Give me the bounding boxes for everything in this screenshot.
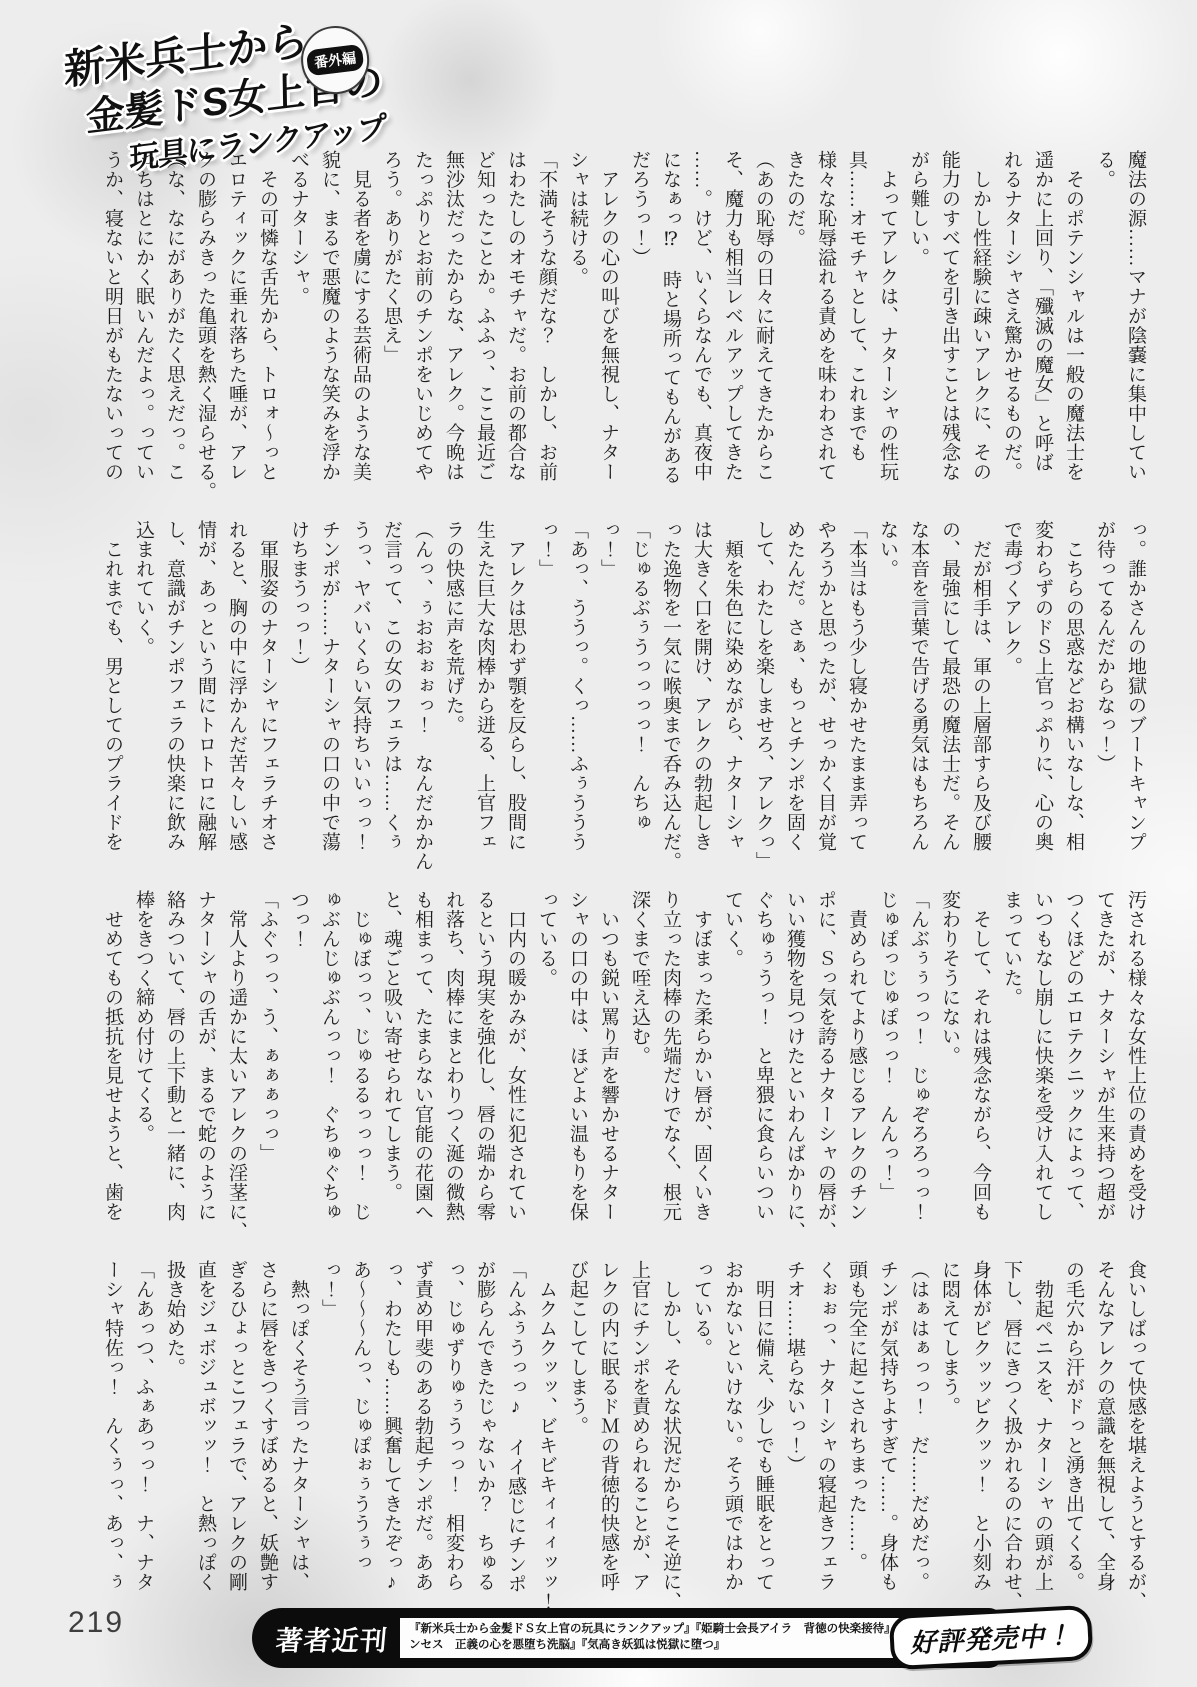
text-column: いい獲物を見つけたといわんばかりに、 <box>779 890 810 1223</box>
text-band-4: 食いしばって快感を堪えようとするが、そんなアレクの意識を無視して、全身の毛穴から… <box>97 1260 1151 1593</box>
text-column: 明日に備え、少しでも睡眠をとって <box>748 1260 779 1593</box>
text-column: すぼまった柔らかい唇が、固くいき <box>686 890 717 1223</box>
text-column: いつも鋭い罵り声を響かせるナター <box>593 890 624 1223</box>
text-column: さらに唇をきつくすぼめると、妖艶す <box>252 1260 283 1593</box>
text-column: しかし、そんな状況だからこそ逆に、 <box>655 1260 686 1593</box>
text-column: おかないといけない。そう頭ではわか <box>717 1260 748 1593</box>
text-column: シャは続ける。 <box>562 150 593 483</box>
text-column: はわたしのオモチャだ。お前の都合な <box>500 150 531 483</box>
text-column: 棒をきつく締め付けてくる。 <box>128 890 159 1223</box>
text-column: つっ！ <box>283 890 314 1223</box>
text-column: が待ってるんだからなっ！） <box>1089 520 1120 853</box>
text-column: 勃起ペニスを、ナターシャの頭が上 <box>1027 1260 1058 1593</box>
text-column: チンポが気持ちよすぎて……。身体も <box>872 1260 903 1593</box>
text-column: ていく。 <box>717 890 748 1223</box>
text-column: び起こしてしまう。 <box>562 1260 593 1593</box>
text-column: アレクは思わず顎を反らし、股間に <box>500 520 531 853</box>
text-column: たっぷりとお前のチンポをいじめてや <box>407 150 438 483</box>
text-column: っ！」 <box>593 520 624 853</box>
text-column: まっていた。 <box>996 890 1027 1223</box>
text-column: いつもなし崩しに快楽を受け入れてし <box>1027 890 1058 1223</box>
text-column: 変わりそうにない。 <box>934 890 965 1223</box>
text-column: そ、魔力も相当レベルアップしてきた <box>717 150 748 483</box>
text-column: チオ……堪らないっ！） <box>779 1260 810 1593</box>
text-column: ナターシャの舌が、まるで蛇のように <box>190 890 221 1223</box>
text-column: 身体がビクッッビクッッ！ と小刻み <box>965 1260 996 1593</box>
text-column: アレクの心の叫びを無視し、ナター <box>593 150 624 483</box>
text-column: 変わらずのドＳ上官っぷりに、心の奥 <box>1027 520 1058 853</box>
text-column: っ！」 <box>531 520 562 853</box>
text-column: り立った肉棒の先端だけでなく、根元 <box>655 890 686 1223</box>
text-column: そのポテンシャルは一般の魔法士を <box>1058 150 1089 483</box>
text-column: れると、胸の中に浮かんだ苦々しい感 <box>221 520 252 853</box>
text-column: そんなアレクの意識を無視して、全身 <box>1089 1260 1120 1593</box>
text-column: けちまうっっ！） <box>283 520 314 853</box>
text-column: 軍服姿のナターシャにフェラチオさ <box>252 520 283 853</box>
text-column: 直をジュボジュボッッ！ と熱っぽく <box>190 1260 221 1593</box>
text-column: 「んふぅうっっ♪ イイ感じにチンポ <box>500 1260 531 1593</box>
text-column: 下し、唇にきつく扱かれるのに合わせ、 <box>996 1260 1027 1593</box>
text-band-3: 汚される様々な女性上位の責めを受けてきたが、ナターシャが生来持つ超がつくほどのエ… <box>97 890 1151 1223</box>
text-column: し、意識がチンポフェラの快楽に飲み <box>159 520 190 853</box>
text-column: で毒づくアレク。 <box>996 520 1027 853</box>
text-column: 口内の暖かみが、女性に犯されてい <box>500 890 531 1223</box>
text-column: ぎるひょっとこフェラで、アレクの剛 <box>221 1260 252 1593</box>
text-column: 上官にチンポを責められることが、ア <box>624 1260 655 1593</box>
text-column: が膨らんできたじゃないか？ ちゅる <box>469 1260 500 1593</box>
text-column: やろうかと思ったが、せっかく目が覚 <box>810 520 841 853</box>
text-column: うっ、ヤバいくらい気持ちいいっっ！ <box>345 520 376 853</box>
text-column: っている。 <box>531 890 562 1223</box>
text-column: せめてもの抵抗を見せようと、歯を <box>97 890 128 1223</box>
text-column: めたんだ。さぁ、もっとチンポを固く <box>779 520 810 853</box>
text-column: 責められてより感じるアレクのチン <box>841 890 872 1223</box>
text-column: ぐちゅぅうっ！ と卑猥に食らいつい <box>748 890 779 1223</box>
text-column: そして、それは残念ながら、今回も <box>965 890 996 1223</box>
text-column: 情が、あっという間にトロトロに融解 <box>190 520 221 853</box>
text-column: な本音を言葉で告げる勇気はもちろん <box>903 520 934 853</box>
text-column: ポに、Ｓっ気を誇るナターシャの唇が、 <box>810 890 841 1223</box>
text-column: 無沙汰だったからな、アレク。今晩は <box>438 150 469 483</box>
text-column: に悶えてしまう。 <box>934 1260 965 1593</box>
text-column: るという現実を強化し、唇の端から零 <box>469 890 500 1223</box>
text-column: 様々な恥辱溢れる責めを味わわされて <box>810 150 841 483</box>
text-column: 扱き始めた。 <box>159 1260 190 1593</box>
text-column: る。 <box>1089 150 1120 483</box>
text-column: 食いしばって快感を堪えようとするが、 <box>1120 1260 1151 1593</box>
text-column: レクの内に眠るドＭの背徳的快感を呼 <box>593 1260 624 1593</box>
text-column: 見る者を虜にする芸術品のような美 <box>345 150 376 483</box>
text-column: きたのだ。 <box>779 150 810 483</box>
text-column: ……。けど、いくらなんでも、真夜中 <box>686 150 717 483</box>
text-column: 「ふぐっっ、う、ぁぁぁっっ」 <box>252 890 283 1223</box>
text-column: だが相手は、軍の上層部すら及び腰 <box>965 520 996 853</box>
text-column: その可憐な舌先から、トロォ～っと <box>252 150 283 483</box>
text-column: 具……オモチャとして、これまでも <box>841 150 872 483</box>
text-column: して、わたしを楽しませろ、アレクっ」 <box>748 520 779 853</box>
text-column: てきたが、ナターシャが生来持つ超が <box>1089 890 1120 1223</box>
text-column: れるナターシャさえ驚かせるものだ。 <box>996 150 1027 483</box>
text-column: の、最強にして最恐の魔法士だ。そん <box>934 520 965 853</box>
extra-chapter-badge-label: 番外編 <box>306 44 365 77</box>
text-column: じゅぼっっ、じゅるるっっっ！ じ <box>345 890 376 1223</box>
text-column: れ落ち、肉棒にまとわりつく涎の微熱 <box>438 890 469 1223</box>
text-column: っ。誰かさんの地獄のブートキャンプ <box>1120 520 1151 853</box>
text-column: しかし性経験に疎いアレクに、その <box>965 150 996 483</box>
text-column: くぉぉっ、ナターシャの寝起きフェラ <box>810 1260 841 1593</box>
text-column: エロティックに垂れ落ちた唾が、アレ <box>221 150 252 483</box>
text-column: これまでも、男としてのプライドを <box>97 520 128 853</box>
text-column: 貌に、まるで悪魔のような笑みを浮か <box>314 150 345 483</box>
text-column: 絡みついて、唇の上下動と一緒に、肉 <box>159 890 190 1223</box>
text-column: ろう。ありがたく思え」 <box>376 150 407 483</box>
text-column: 「んあっつ、ふぁあっっ！ ナ、ナタ <box>128 1260 159 1593</box>
text-column: ムクムクッッ、ビキビキィィィッッ！ <box>531 1260 562 1593</box>
text-column: こちらの思惑などお構いなしな、相 <box>1058 520 1089 853</box>
text-column: べるナターシャ。 <box>283 150 314 483</box>
text-column: チンポが……ナターシャの口の中で蕩 <box>314 520 345 853</box>
text-column: っている。 <box>686 1260 717 1593</box>
text-column: 「本当はもう少し寝かせたまま弄って <box>841 520 872 853</box>
on-sale-now-badge: 好評発売中！ <box>889 1605 1094 1670</box>
text-column: った逸物を一気に喉奥まで呑み込んだ。 <box>655 520 686 853</box>
text-column: （あの恥辱の日々に耐えてきたからこ <box>748 150 779 483</box>
text-column: 深くまで咥え込む。 <box>624 890 655 1223</box>
text-column: ラの快感に声を荒げた。 <box>438 520 469 853</box>
text-column: だろうっ！） <box>624 150 655 483</box>
text-column: 「じゅるぶぅうっっっっ！ んちゅ <box>624 520 655 853</box>
text-column: 「不満そうな顔だな？ しかし、お前 <box>531 150 562 483</box>
text-column: 能力のすべてを引き出すことは残念な <box>934 150 965 483</box>
text-column: の毛穴から汗がドっと湧き出てくる。 <box>1058 1260 1089 1593</box>
text-band-2: っ。誰かさんの地獄のブートキャンプが待ってるんだからなっ！） こちらの思惑などお… <box>97 520 1151 853</box>
page-number: 219 <box>68 1606 124 1640</box>
text-column: と、魂ごと吸い寄せられてしまう。 <box>376 890 407 1223</box>
text-column: がら難しい。 <box>903 150 934 483</box>
text-column: 常人より遥かに太いアレクの淫茎に、 <box>221 890 252 1223</box>
text-column: 魔法の源……マナが陰嚢に集中してい <box>1120 150 1151 483</box>
text-column: 込まれていく。 <box>128 520 159 853</box>
text-column: は大きく口を開け、アレクの勃起しき <box>686 520 717 853</box>
text-column: ない。 <box>872 520 903 853</box>
text-column: （んっ、ぅおおぉぉっ！ なんだかかん <box>407 520 438 853</box>
author-recent-works-label: 著者近刊 <box>274 1619 389 1658</box>
text-column: シャの口の中は、ほどよい温もりを保 <box>562 890 593 1223</box>
text-column: うか、寝ないと明日がもたないっての <box>97 150 128 483</box>
text-column: 汚される様々な女性上位の責めを受け <box>1120 890 1151 1223</box>
text-column: （な、なにがありがたく思えだっ。こ <box>159 150 190 483</box>
text-column: クの膨らみきった亀頭を熱く湿らせる。 <box>190 150 221 483</box>
text-column: も相まって、たまらない官能の花園へ <box>407 890 438 1223</box>
text-column: っちはとにかく眠いんだよっ。ってい <box>128 150 159 483</box>
text-column: （はぁはぁっっ！ だ……だめだっ。 <box>903 1260 934 1593</box>
text-column: ず責め甲斐のある勃起チンポだ。ああ <box>407 1260 438 1593</box>
text-band-1: 魔法の源……マナが陰嚢に集中している。 そのポテンシャルは一般の魔法士を遥かに上… <box>97 150 1151 483</box>
text-column: あ～～～んっ、じゅぽぉぅううぅっ <box>345 1260 376 1593</box>
text-column: 「んぶぅぅっっ！ じゅぞろろっっ！ <box>903 890 934 1223</box>
text-column: 「あっ、ううっ。くっ……ふぅううう <box>562 520 593 853</box>
text-column: ーシャ特佐っ！ んくぅっ、あっ、ぅ <box>97 1260 128 1593</box>
text-column: 頭も完全に起こされちまった……。 <box>841 1260 872 1593</box>
text-column: つくほどのエロテクニックによって、 <box>1058 890 1089 1223</box>
text-column: 遥かに上回り、「殲滅の魔女」と呼ば <box>1027 150 1058 483</box>
text-column: っ、わたしも……興奮してきたぞっ♪ <box>376 1260 407 1593</box>
text-column: 頬を朱色に染めながら、ナターシャ <box>717 520 748 853</box>
text-column: だ言って、この女のフェラは……くぅ <box>376 520 407 853</box>
text-column: 生えた巨大な肉棒から迸る、上官フェ <box>469 520 500 853</box>
text-column: ど知ったことか。ふふっ、ここ最近ご <box>469 150 500 483</box>
text-column: っ！」 <box>314 1260 345 1593</box>
text-column: になぁっ⁉ 時と場所ってもんがある <box>655 150 686 483</box>
text-column: 熱っぽくそう言ったナターシャは、 <box>283 1260 314 1593</box>
text-column: ゅぶんじゅぶんっっ！ ぐちゅぐちゅ <box>314 890 345 1223</box>
text-column: よってアレクは、ナターシャの性玩 <box>872 150 903 483</box>
text-column: っ、じゅずりゅぅうっっ！ 相変わら <box>438 1260 469 1593</box>
text-column: じゅぽっじゅぽっっ！ んんっ！」 <box>872 890 903 1223</box>
